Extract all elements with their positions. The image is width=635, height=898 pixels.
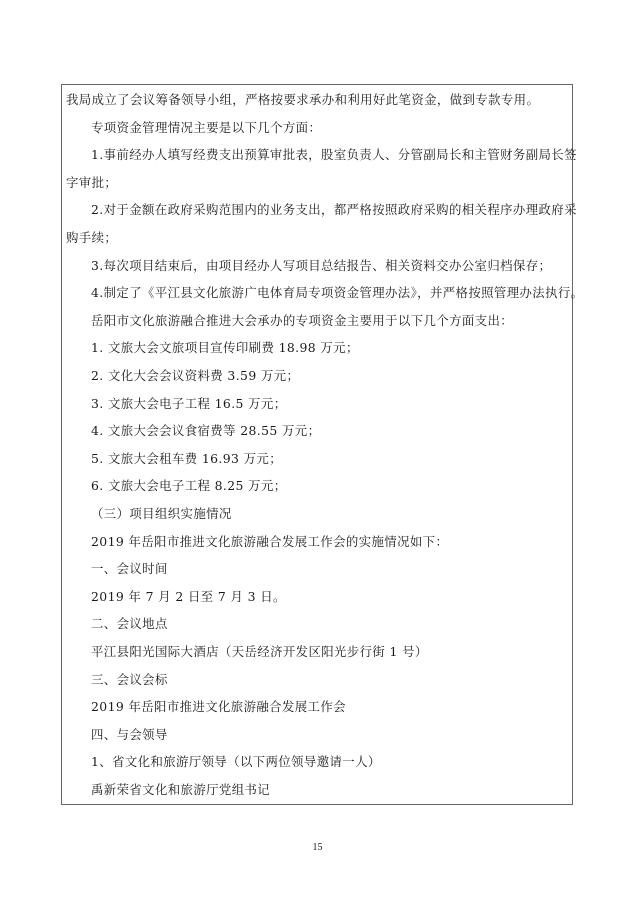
content-table-border (61, 84, 573, 805)
expense-item: 5. 文旅大会租车费 16.93 万元； (91, 451, 282, 467)
text-line: 3.每次项目结束后，由项目经办人写项目总结报告、相关资料交办公室归档保存； (91, 258, 551, 274)
text-line: 专项资金管理情况主要是以下几个方面： (91, 120, 321, 136)
text-line: 2019 年岳阳市推进文化旅游融合发展工作会的实施情况如下： (91, 534, 448, 550)
text-line: 平江县阳光国际大酒店（天岳经济开发区阳光步行街 1 号） (91, 644, 428, 660)
subsection-heading: 四、与会领导 (91, 727, 168, 743)
text-line: 我局成立了会议筹备领导小组，严格按要求承办和利用好此笔资金，做到专款专用。 (66, 92, 539, 108)
text-line: 禹新荣省文化和旅游厅党组书记 (91, 782, 270, 798)
text-line: 岳阳市文化旅游融合推进大会承办的专项资金主要用于以下几个方面支出： (91, 313, 513, 329)
text-line: 1、省文化和旅游厅领导（以下两位领导邀请一人） (91, 754, 381, 770)
expense-item: 4. 文旅大会会议食宿费等 28.55 万元； (91, 423, 320, 439)
section-heading: （三）项目组织实施情况 (91, 506, 232, 522)
subsection-heading: 三、会议会标 (91, 672, 168, 688)
text-line: 字审批； (66, 175, 117, 191)
text-line: 购手续； (66, 230, 117, 246)
expense-item: 3. 文旅大会电子工程 16.5 万元； (91, 396, 287, 412)
text-line: 2019 年 7 月 2 日至 7 月 3 日。 (91, 589, 286, 605)
page-number: 15 (0, 842, 635, 853)
expense-item: 2. 文化大会会议资料费 3.59 万元； (91, 368, 299, 384)
text-line: 2019 年岳阳市推进文化旅游融合发展工作会 (91, 699, 346, 715)
subsection-heading: 一、会议时间 (91, 561, 168, 577)
text-line: 1.事前经办人填写经费支出预算审批表，股室负责人、分管副局长和主管财务副局长签 (91, 147, 577, 163)
expense-item: 1. 文旅大会文旅项目宣传印刷费 18.98 万元； (91, 340, 359, 356)
subsection-heading: 二、会议地点 (91, 616, 168, 632)
text-line: 2.对于金额在政府采购范围内的业务支出，都严格按照政府采购的相关程序办理政府采 (91, 202, 577, 218)
text-line: 4.制定了《平江县文化旅游广电体育局专项资金管理办法》，并严格按照管理办法执行。 (91, 285, 583, 301)
expense-item: 6. 文旅大会电子工程 8.25 万元； (91, 478, 287, 494)
